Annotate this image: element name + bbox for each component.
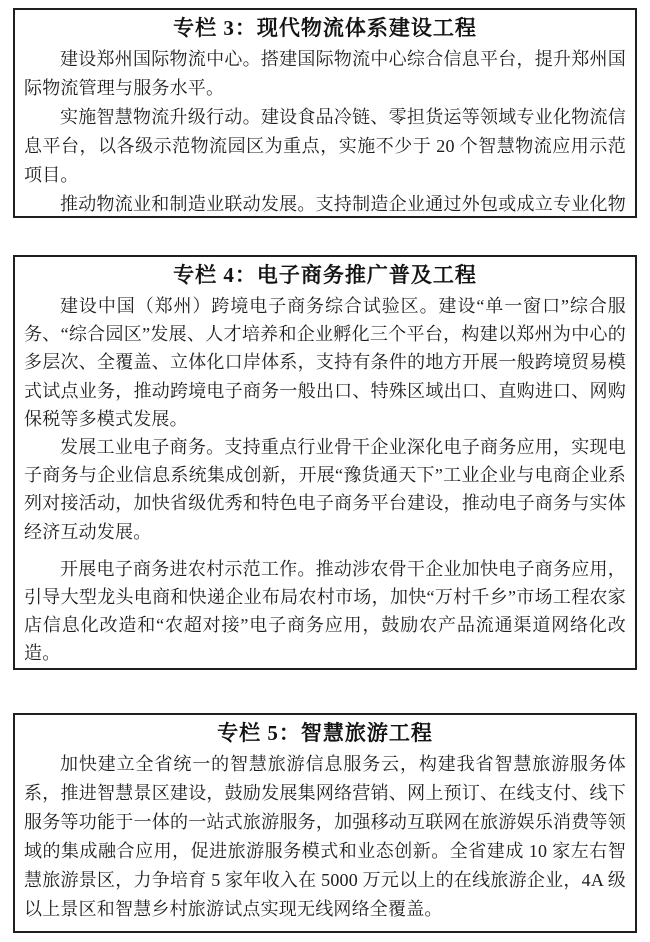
panel-ecommerce-promotion-paragraph-2: 发展工业电子商务。支持重点行业骨干企业深化电子商务应用，实现电子商务与企业信息系…: [24, 433, 626, 546]
panel-modern-logistics-paragraph-1: 建设郑州国际物流中心。搭建国际物流中心综合信息平台，提升郑州国际物流管理与服务水…: [24, 45, 626, 103]
panel-smart-tourism: 专栏 5：智慧旅游工程 加快建立全省统一的智慧旅游信息服务云，构建我省智慧旅游服…: [13, 713, 637, 933]
panel-ecommerce-promotion-paragraph-4: 建成 25 个电子商务产业园，培育建设一批电子商务示范县，实现电子商务物流站点行…: [24, 668, 626, 670]
panel-modern-logistics-title: 专栏 3：现代物流体系建设工程: [24, 13, 626, 44]
panel-smart-tourism-paragraph-1: 加快建立全省统一的智慧旅游信息服务云，构建我省智慧旅游服务体系，推进智慧景区建设…: [24, 750, 626, 924]
panel-modern-logistics-paragraph-2: 实施智慧物流升级行动。建设食品冷链、零担货运等领域专业化物流信息平台，以各级示范…: [24, 103, 626, 190]
document-page: 专栏 3：现代物流体系建设工程 建设郑州国际物流中心。搭建国际物流中心综合信息平…: [0, 0, 650, 942]
panel-ecommerce-promotion-title: 专栏 4：电子商务推广普及工程: [24, 260, 626, 291]
panel-modern-logistics-paragraph-3: 推动物流业和制造业联动发展。支持制造企业通过外包或成立专业化物流公司，建设企业供…: [24, 190, 626, 218]
panel-ecommerce-promotion: 专栏 4：电子商务推广普及工程 建设中国（郑州）跨境电子商务综合试验区。建设“单…: [13, 255, 637, 670]
panel-smart-tourism-title: 专栏 5：智慧旅游工程: [24, 718, 626, 749]
panel-ecommerce-promotion-paragraph-3: 开展电子商务进农村示范工作。推动涉农骨干企业加快电子商务应用，引导大型龙头电商和…: [24, 555, 626, 668]
panel-ecommerce-promotion-paragraph-1: 建设中国（郑州）跨境电子商务综合试验区。建设“单一窗口”综合服务、“综合园区”发…: [24, 292, 626, 433]
panel-modern-logistics: 专栏 3：现代物流体系建设工程 建设郑州国际物流中心。搭建国际物流中心综合信息平…: [13, 8, 637, 218]
